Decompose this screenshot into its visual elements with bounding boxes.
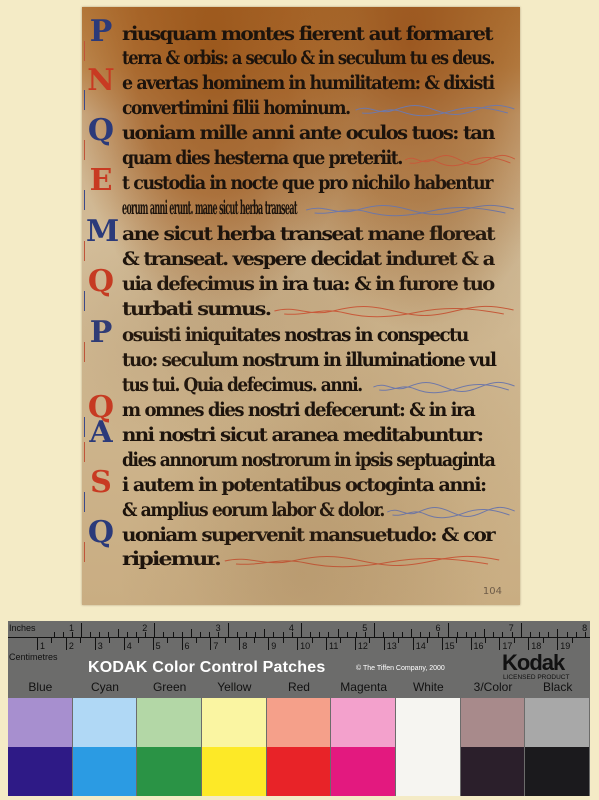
folio-number: 104 xyxy=(483,586,502,597)
inch-tick xyxy=(118,629,119,637)
cm-tick xyxy=(355,638,356,650)
cm-tick xyxy=(499,638,500,650)
cm-half-tick xyxy=(456,638,457,643)
penwork-flourish xyxy=(84,140,93,160)
penwork-flourish xyxy=(84,442,93,462)
inch-tick xyxy=(191,629,192,637)
inch-tick xyxy=(154,623,155,637)
cm-half-tick xyxy=(427,638,428,643)
cm-tick xyxy=(471,638,472,650)
cm-tick xyxy=(442,638,443,650)
color-patch-green-light xyxy=(137,698,201,747)
cm-half-tick xyxy=(369,638,370,643)
cm-half-tick xyxy=(51,638,52,643)
inch-number: 3 xyxy=(216,623,221,633)
cm-tick xyxy=(153,638,154,650)
patch-label-green: Green xyxy=(137,680,202,694)
manuscript-line: osuisti iniquitates nostras in conspectu xyxy=(122,324,468,346)
cm-half-tick xyxy=(109,638,110,643)
line-filler-flourish xyxy=(404,153,516,167)
color-patch-3-color-light xyxy=(461,698,525,747)
cm-tick xyxy=(66,638,67,650)
inch-tick xyxy=(228,623,229,637)
cm-number: 16 xyxy=(474,641,484,651)
penwork-flourish xyxy=(84,190,93,210)
cm-number: 12 xyxy=(358,641,368,651)
kodak-logo: Kodak xyxy=(502,650,564,676)
cm-number: 1 xyxy=(40,641,45,651)
cm-number: 5 xyxy=(156,641,161,651)
penwork-flourish xyxy=(84,291,93,311)
line-filler-flourish xyxy=(354,103,516,117)
patch-label-magenta: Magenta xyxy=(331,680,396,694)
inch-number: 2 xyxy=(142,623,147,633)
cm-number: 15 xyxy=(445,641,455,651)
cm-number: 4 xyxy=(127,641,132,651)
cm-half-tick xyxy=(572,638,573,643)
color-patch-white xyxy=(396,698,460,796)
inch-tick xyxy=(484,629,485,637)
color-patch-cyan-light xyxy=(73,698,137,747)
line-filler-flourish xyxy=(304,203,516,217)
kodak-color-control-chart: Inches Centimetres 123456781234567891011… xyxy=(8,621,590,796)
centimetres-label: Centimetres xyxy=(9,652,58,662)
manuscript-line: turbati sumus. xyxy=(122,298,270,320)
patch-label-blue: Blue xyxy=(8,680,73,694)
manuscript-line: tuo: seculum nostrum in illuminatione vu… xyxy=(122,349,495,371)
line-filler-flourish xyxy=(372,380,516,394)
cm-half-tick xyxy=(485,638,486,643)
patch-label-black: Black xyxy=(525,680,590,694)
color-patch-black-light xyxy=(525,698,589,747)
color-patch-black-dark xyxy=(525,747,589,796)
cm-number: 8 xyxy=(242,641,247,651)
manuscript-line: m omnes dies nostri defecerunt: & in ira xyxy=(122,399,474,421)
inch-tick xyxy=(81,623,82,637)
manuscript-line: tus tui. Quia defecimus. anni. xyxy=(122,374,362,396)
cm-half-tick xyxy=(196,638,197,643)
inch-tick xyxy=(557,629,558,637)
penwork-flourish xyxy=(84,342,93,362)
cm-tick xyxy=(37,638,38,650)
manuscript-leaf: 104 riusquam montes fierent aut formaret… xyxy=(82,7,520,605)
penwork-flourish xyxy=(84,241,93,261)
color-patch-cyan-dark xyxy=(73,747,137,796)
cm-number: 14 xyxy=(416,641,426,651)
inch-number: 6 xyxy=(436,623,441,633)
line-filler-flourish xyxy=(386,505,516,519)
manuscript-line: riusquam montes fierent aut formaret xyxy=(122,23,492,45)
cm-number: 2 xyxy=(69,641,74,651)
cm-tick xyxy=(268,638,269,650)
manuscript-line: eorum anni erunt. mane sicut herba trans… xyxy=(122,197,297,219)
penwork-flourish xyxy=(84,492,93,512)
patch-label-3-color: 3/Color xyxy=(461,680,526,694)
manuscript-line: t custodia in nocte que pro nichilo habe… xyxy=(122,172,492,194)
cm-tick xyxy=(95,638,96,650)
color-patch-green-dark xyxy=(137,747,201,796)
inch-tick xyxy=(448,623,449,637)
manuscript-line: ane sicut herba transeat mane floreat xyxy=(122,223,494,245)
cm-tick xyxy=(413,638,414,650)
cm-tick xyxy=(326,638,327,650)
cm-tick xyxy=(384,638,385,650)
manuscript-line: nni nostri sicut aranea meditabuntur: xyxy=(122,424,483,446)
cm-half-tick xyxy=(138,638,139,643)
cm-half-tick xyxy=(167,638,168,643)
inch-tick xyxy=(521,623,522,637)
manuscript-line: uoniam mille anni ante oculos tuos: tan xyxy=(122,122,494,144)
inch-number: 4 xyxy=(289,623,294,633)
penwork-flourish xyxy=(84,41,93,61)
cm-half-tick xyxy=(283,638,284,643)
cm-half-tick xyxy=(254,638,255,643)
color-patch-red-light xyxy=(267,698,331,747)
cm-half-tick xyxy=(398,638,399,643)
manuscript-line: convertimini filii hominum. xyxy=(122,97,350,119)
inch-number: 1 xyxy=(69,623,74,633)
manuscript-line: quam dies hesterna que preteriit. xyxy=(122,147,402,169)
inches-label: Inches xyxy=(9,623,36,633)
cm-number: 9 xyxy=(271,641,276,651)
cm-half-tick xyxy=(514,638,515,643)
manuscript-line: dies annorum nostrorum in ipsis septuagi… xyxy=(122,449,494,471)
line-filler-flourish xyxy=(222,554,502,568)
patch-label-red: Red xyxy=(267,680,332,694)
cm-number: 10 xyxy=(300,641,310,651)
cm-half-tick xyxy=(543,638,544,643)
patch-label-white: White xyxy=(396,680,461,694)
cm-number: 3 xyxy=(98,641,103,651)
color-patch-magenta-dark xyxy=(331,747,395,796)
inch-tick xyxy=(301,623,302,637)
manuscript-line: & transeat. vespere decidat induret & a xyxy=(122,248,494,270)
manuscript-line: & amplius eorum labor & dolor. xyxy=(122,499,384,521)
cm-tick xyxy=(557,638,558,650)
inch-tick xyxy=(264,629,265,637)
color-patch-blue-dark xyxy=(8,747,72,796)
penwork-flourish xyxy=(84,542,93,562)
cm-tick xyxy=(528,638,529,650)
cm-number: 6 xyxy=(185,641,190,651)
cm-tick xyxy=(182,638,183,650)
manuscript-line: i autem in potentatibus octoginta anni: xyxy=(122,474,485,496)
color-patch-red-dark xyxy=(267,747,331,796)
manuscript-line: e avertas hominem in humilitatem: & dixi… xyxy=(122,72,494,94)
inch-number: 5 xyxy=(362,623,367,633)
cm-number: 7 xyxy=(213,641,218,651)
cm-half-tick xyxy=(225,638,226,643)
cm-tick xyxy=(239,638,240,650)
cm-tick xyxy=(210,638,211,650)
inch-tick xyxy=(338,629,339,637)
penwork-flourish xyxy=(84,90,93,110)
chart-title: KODAK Color Control Patches xyxy=(88,659,325,677)
copyright-text: © The Tiffen Company, 2000 xyxy=(356,665,445,672)
cm-half-tick xyxy=(80,638,81,643)
cm-tick xyxy=(297,638,298,650)
inch-number: 7 xyxy=(509,623,514,633)
manuscript-line: terra & orbis: a seculo & in seculum tu … xyxy=(122,47,494,69)
patch-label-yellow: Yellow xyxy=(202,680,267,694)
color-patch-3-color-dark xyxy=(461,747,525,796)
manuscript-line: uoniam supervenit mansuetudo: & cor xyxy=(122,524,494,546)
line-filler-flourish xyxy=(272,304,516,318)
inch-number: 8 xyxy=(582,623,587,633)
inch-tick xyxy=(374,623,375,637)
color-patch-yellow-light xyxy=(202,698,266,747)
manuscript-line: ripiemur. xyxy=(122,548,220,570)
color-patch-blue-light xyxy=(8,698,72,747)
inch-tick xyxy=(411,629,412,637)
cm-half-tick xyxy=(340,638,341,643)
color-patch-yellow-dark xyxy=(202,747,266,796)
cm-tick xyxy=(124,638,125,650)
patch-label-cyan: Cyan xyxy=(73,680,138,694)
cm-half-tick xyxy=(312,638,313,643)
manuscript-line: uia defecimus in ira tua: & in furore tu… xyxy=(122,273,494,295)
color-patches xyxy=(8,698,590,796)
color-patch-magenta-light xyxy=(331,698,395,747)
cm-number: 13 xyxy=(387,641,397,651)
cm-number: 11 xyxy=(329,641,338,651)
